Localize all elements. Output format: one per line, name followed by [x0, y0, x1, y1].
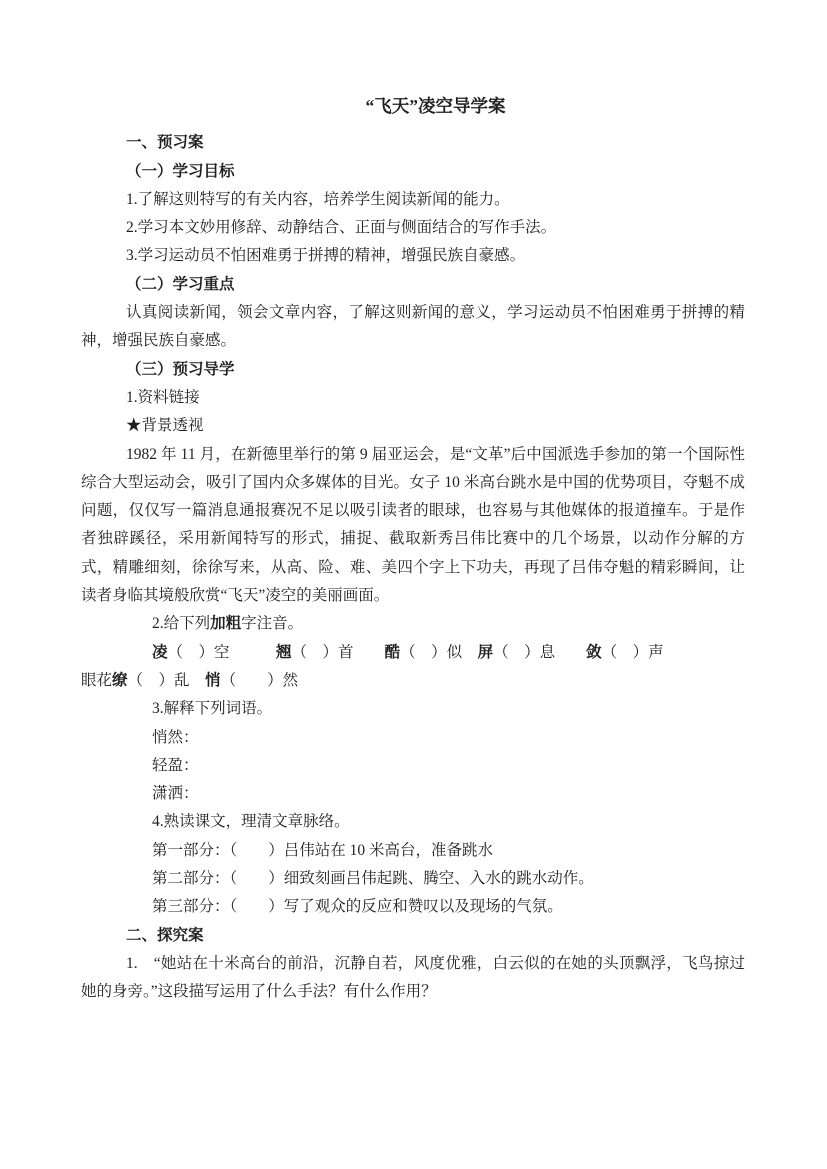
text-run: 悄然： [152, 729, 199, 746]
text-line: 第二部分：（ ）细致刻画吕伟起跳、腾空、入水的跳水动作。 [81, 865, 745, 893]
text-line: 凌（ ）空 翘（ ）首 酷（ ）似 屏（ ）息 敛（ ）声 [81, 639, 745, 667]
bold-text-run: 一、预习案 [126, 134, 204, 151]
text-run: 认真阅读新闻，领会文章内容，了解这则新闻的意义，学习运动员不怕困难勇于拼搏的精神… [81, 304, 745, 349]
bold-text-run: （一）学习目标 [126, 163, 235, 180]
bold-text-run: （二）学习重点 [126, 276, 235, 293]
bold-text-run: 酷 [385, 644, 401, 661]
paragraph: 认真阅读新闻，领会文章内容，了解这则新闻的意义，学习运动员不怕困难勇于拼搏的精神… [81, 299, 745, 356]
text-run: （ ）然 [221, 672, 299, 689]
bold-text-run: 二、探究案 [126, 927, 204, 944]
text-line: 3.学习运动员不怕困难勇于拼搏的精神，增强民族自豪感。 [81, 242, 745, 270]
text-line: 1.了解这则特写的有关内容，培养学生阅读新闻的能力。 [81, 186, 745, 214]
bold-text-run: “飞天”凌空导学案 [366, 96, 506, 116]
text-line: 3.解释下列词语。 [81, 695, 745, 723]
text-run: （ ）乱 [128, 672, 206, 689]
text-run: （ ）空 [168, 644, 277, 661]
text-line: 2.学习本文妙用修辞、动静结合、正面与侧面结合的写作手法。 [81, 214, 745, 242]
text-line: 1.资料链接 [81, 384, 745, 412]
paragraph: 1. “她站在十米高台的前沿，沉静自若，风度优雅，白云似的在她的头顶飘浮，飞鸟掠… [81, 950, 745, 1007]
text-line: 潇洒： [81, 780, 745, 808]
document-title: “飞天”凌空导学案 [81, 92, 745, 120]
text-line: 4.熟读课文，理清文章脉络。 [81, 808, 745, 836]
text-run: 第三部分：（ ）写了观众的反应和赞叹以及现场的气氛。 [152, 898, 563, 915]
section-heading: （二）学习重点 [81, 271, 745, 299]
text-run: 1.了解这则特写的有关内容，培养学生阅读新闻的能力。 [126, 191, 510, 208]
bold-text-run: 翘 [276, 644, 292, 661]
text-run: 4.熟读课文，理清文章脉络。 [152, 813, 350, 830]
text-run: 第一部分：（ ）吕伟站在 10 米高台，准备跳水 [152, 842, 493, 859]
text-run: 字注音。 [241, 615, 303, 632]
bold-text-run: 缭 [112, 672, 128, 689]
text-line: ★背景透视 [81, 412, 745, 440]
text-run: （ ）首 [292, 644, 385, 661]
bold-text-run: 敛 [586, 644, 602, 661]
text-line: 悄然： [81, 724, 745, 752]
text-run: （ ）似 [400, 644, 478, 661]
text-run: 1.资料链接 [126, 389, 200, 406]
bold-text-run: 悄 [205, 672, 221, 689]
bold-text-run: （三）预习导学 [126, 361, 235, 378]
text-run: （ ）声 [602, 644, 664, 661]
bold-text-run: 屏 [478, 644, 494, 661]
text-line: 眼花缭（ ）乱 悄（ ）然 [81, 667, 745, 695]
text-run: 3.学习运动员不怕困难勇于拼搏的精神，增强民族自豪感。 [126, 247, 525, 264]
text-run: 2.学习本文妙用修辞、动静结合、正面与侧面结合的写作手法。 [126, 219, 556, 236]
bold-text-run: 凌 [152, 644, 168, 661]
section-heading: 二、探究案 [81, 922, 745, 950]
text-run: （ ）息 [493, 644, 586, 661]
text-run: 3.解释下列词语。 [152, 700, 272, 717]
section-heading: （一）学习目标 [81, 158, 745, 186]
text-run: 1. “她站在十米高台的前沿，沉静自若，风度优雅，白云似的在她的头顶飘浮，飞鸟掠… [81, 955, 745, 1000]
text-run: 第二部分：（ ）细致刻画吕伟起跳、腾空、入水的跳水动作。 [152, 870, 594, 887]
bold-text-run: 加粗 [210, 615, 241, 632]
text-run: 轻盈： [152, 757, 199, 774]
document-body: “飞天”凌空导学案一、预习案（一）学习目标1.了解这则特写的有关内容，培养学生阅… [81, 92, 745, 1007]
section-heading: 一、预习案 [81, 129, 745, 157]
text-run: 2.给下列 [152, 615, 210, 632]
document-page: “飞天”凌空导学案一、预习案（一）学习目标1.了解这则特写的有关内容，培养学生阅… [0, 0, 827, 1169]
text-run: 眼花 [81, 672, 112, 689]
text-run: ★背景透视 [126, 417, 204, 434]
text-line: 轻盈： [81, 752, 745, 780]
text-run: 潇洒： [152, 785, 199, 802]
text-line: 第三部分：（ ）写了观众的反应和赞叹以及现场的气氛。 [81, 893, 745, 921]
text-line: 第一部分：（ ）吕伟站在 10 米高台，准备跳水 [81, 837, 745, 865]
paragraph: 1982 年 11 月，在新德里举行的第 9 届亚运会，是“文革”后中国派选手参… [81, 441, 745, 611]
text-run: 1982 年 11 月，在新德里举行的第 9 届亚运会，是“文革”后中国派选手参… [81, 446, 745, 604]
section-heading: （三）预习导学 [81, 356, 745, 384]
text-line: 2.给下列加粗字注音。 [81, 610, 745, 638]
